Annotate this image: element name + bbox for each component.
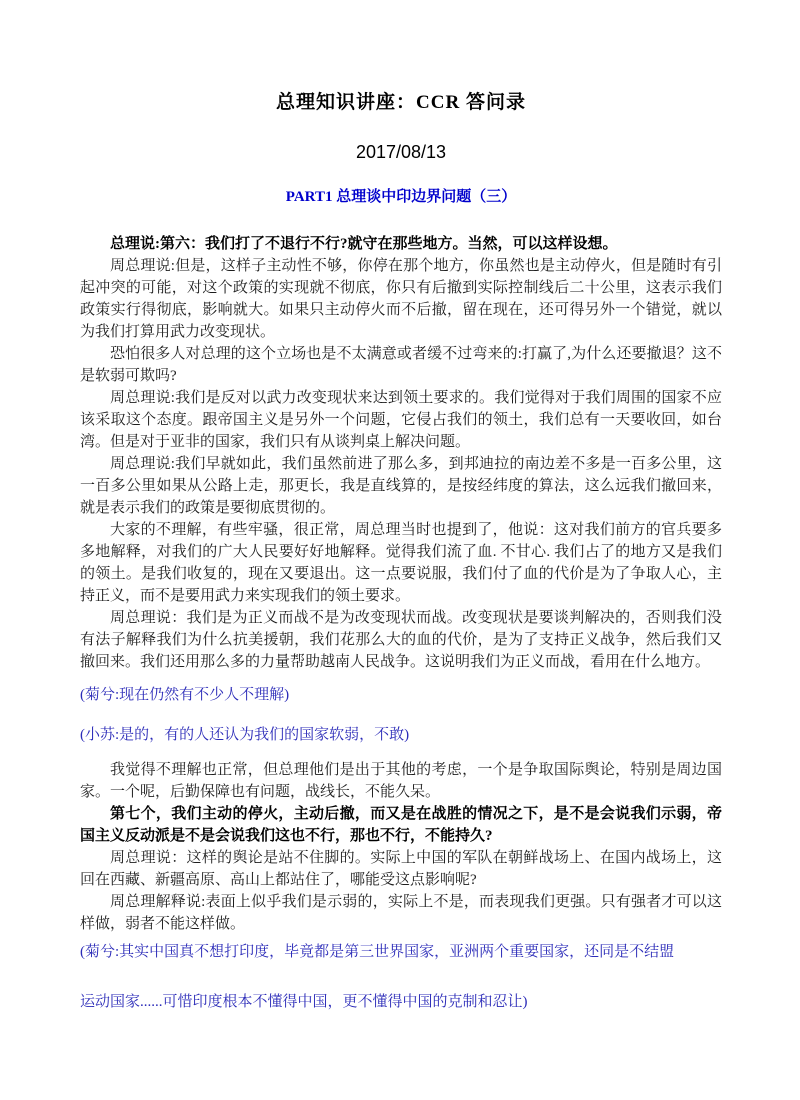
document-body: 总理说:第六：我们打了不退行不行?就守在那些地方。当然，可以这样设想。 周总理说…	[80, 233, 722, 1013]
paragraph: 我觉得不理解也正常，但总理他们是出于其他的考虑，一个是争取国际舆论，特别是周边国…	[80, 759, 722, 803]
paragraph: 周总理说：我们是为正义而战不是为改变现状而战。改变现状是要谈判解决的，否则我们没…	[80, 607, 722, 673]
paragraph: 恐怕很多人对总理的这个立场也是不太满意或者缓不过弯来的:打赢了,为什么还要撤退？…	[80, 343, 722, 387]
document-page: 总理知识讲座：CCR 答问录 2017/08/13 PART1 总理谈中印边界问…	[0, 0, 800, 1100]
paragraph: 周总理说：这样的舆论是站不住脚的。实际上中国的军队在朝鲜战场上、在国内战场上，这…	[80, 847, 722, 891]
comment-line: (菊兮:其实中国真不想打印度，毕竟都是第三世界国家，亚洲两个重要国家，还同是不结…	[80, 941, 722, 963]
paragraph: 周总理解释说:表面上似乎我们是示弱的，实际上不是，而表现我们更强。只有强者才可以…	[80, 891, 722, 935]
comment-line: 运动国家......可惜印度根本不懂得中国，更不懂得中国的克制和忍让)	[80, 991, 722, 1013]
paragraph: 周总理说:我们早就如此，我们虽然前进了那么多，到邦迪拉的南边差不多是一百多公里，…	[80, 453, 722, 519]
document-date: 2017/08/13	[80, 140, 722, 164]
document-title: 总理知识讲座：CCR 答问录	[80, 90, 722, 116]
comment-line: (小苏:是的，有的人还认为我们的国家软弱，不敢)	[80, 724, 722, 746]
paragraph-bold-question-7: 第七个，我们主动的停火，主动后撤，而又是在战胜的情况之下，是不是会说我们示弱，帝…	[80, 803, 722, 847]
paragraph-bold-question-6: 总理说:第六：我们打了不退行不行?就守在那些地方。当然，可以这样设想。	[80, 233, 722, 255]
paragraph: 大家的不理解，有些牢骚，很正常，周总理当时也提到了，他说：这对我们前方的官兵要多…	[80, 519, 722, 607]
comment-line: (菊兮:现在仍然有不少人不理解)	[80, 684, 722, 706]
section-heading: PART1 总理谈中印边界问题（三）	[80, 187, 722, 208]
paragraph: 周总理说:我们是反对以武力改变现状来达到领土要求的。我们觉得对于我们周围的国家不…	[80, 387, 722, 453]
paragraph: 周总理说:但是，这样子主动性不够，你停在那个地方，你虽然也是主动停火，但是随时有…	[80, 255, 722, 343]
